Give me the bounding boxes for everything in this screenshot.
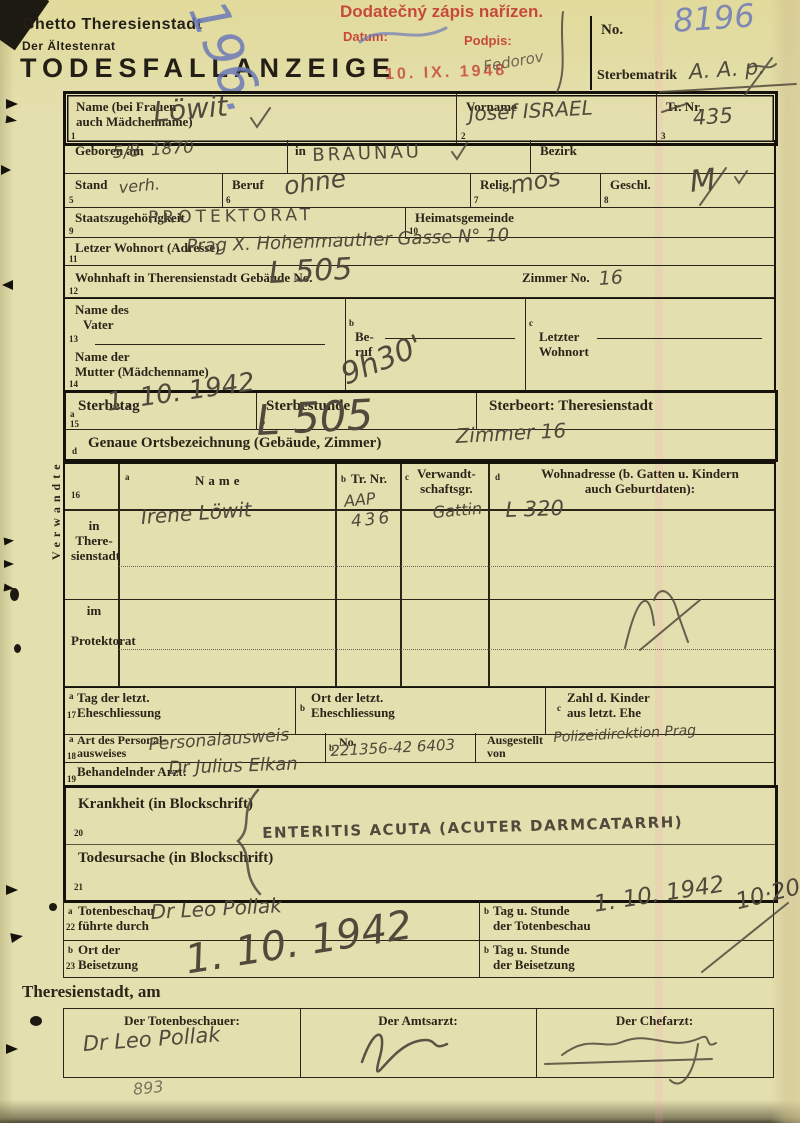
field-letter: a [69, 734, 74, 744]
no-value: 8196 [672, 0, 756, 40]
parents-wohnort-col: c LetzterWohnort [525, 298, 774, 391]
margin-mark [4, 583, 15, 592]
beisetz-a2: Beisetzung [78, 957, 138, 972]
bottom-pencil-note: 893 [132, 1077, 164, 1099]
relative-trnr-code: AAP [343, 489, 376, 511]
ehe-b1: Ort der letzt. [311, 690, 383, 705]
beisetzung-row: Ort derBeisetzung b 23 Tag u. Stundeder … [63, 940, 774, 978]
ehe-a2: Eheschliessung [77, 705, 161, 720]
in-label: in [287, 140, 306, 159]
no-box-divider [590, 16, 592, 90]
margin-mark [6, 885, 18, 895]
field-number: 19 [67, 774, 76, 784]
sterbematrik-value: A. A. p. [688, 55, 766, 84]
field-number: 18 [67, 751, 76, 761]
field-number: 20 [74, 828, 83, 838]
no-label: No. [601, 22, 623, 39]
ausweis-a2: ausweises [77, 746, 126, 760]
ortsbezeichnung-cell: Genaue Ortsbezeichnung (Gebäude, Zimmer)… [66, 429, 775, 460]
field-letter: b [300, 703, 305, 713]
field-number: 13 [69, 334, 78, 344]
ehe-c1: Zahl d. Kinder [567, 690, 650, 705]
vater-label2: Vater [75, 317, 114, 332]
margin-mark [10, 931, 24, 943]
field-number: 15 [70, 419, 79, 429]
margin-mark [4, 560, 14, 568]
field-number: 8 [604, 195, 609, 205]
beruf-label: Beruf [222, 173, 264, 193]
relatives-side-label: Verwandte [50, 459, 64, 560]
field-number: 7 [474, 195, 479, 205]
beruf2-label1: Be- [355, 329, 374, 344]
beschau-b2: der Totenbeschau [493, 918, 591, 933]
gebaeude-value: L 505 [268, 252, 353, 291]
name-value: Löwit [152, 90, 229, 129]
staat-value: PROTEKTORAT [148, 205, 314, 228]
geschl-cell: Geschl. 8 [600, 173, 774, 207]
scan-artifact [14, 644, 21, 653]
sterbematrik-label: Sterbematrik [597, 68, 677, 84]
col-adr1: Wohnadresse (b. Gatten u. Kindern [541, 466, 739, 481]
scan-artifact [30, 1016, 42, 1026]
geburtsort-value: BRAUNAU [312, 141, 422, 166]
beisetz-b2: der Beisetzung [493, 957, 575, 972]
field-number: 5 [69, 195, 74, 205]
amtsarzt-cell: Der Amtsarzt: [300, 1009, 537, 1077]
stamp-datum-label: Datum: [343, 29, 388, 44]
stand-value: verh. [118, 174, 161, 197]
stamp-podpis-label: Podpis: [464, 33, 512, 48]
col-verw2: schaftsgr. [420, 481, 473, 496]
col-letter: b [341, 474, 346, 484]
heimat-label: Heimatsgemeinde [405, 207, 514, 226]
sterbeort-label: Sterbeort: Theresienstadt [477, 393, 653, 415]
col-letter: c [405, 472, 409, 482]
field-letter: b [68, 945, 73, 955]
bezirk-cell: Bezirk [530, 140, 774, 173]
beschau-a2: führte durch [78, 918, 149, 933]
field-number: 6 [226, 195, 231, 205]
ehe-c2: aus letzt. Ehe [567, 705, 641, 720]
stamp-signature: Fedorov [482, 47, 545, 75]
chefarzt-cell: Der Chefarzt: [536, 1009, 773, 1077]
name-cell: Name (bei Frauenauch Mädchenname) 1 [66, 94, 457, 143]
ehe-ort-cell: Ort der letzt.Eheschliessung b [295, 687, 546, 734]
stand-label: Stand [65, 173, 108, 193]
letztwohn-label1: Letzter [539, 329, 579, 344]
field-letter: d [72, 446, 77, 456]
col-verw1: Verwandt- [417, 466, 476, 481]
field-number: 23 [66, 961, 75, 971]
field-number: 22 [66, 922, 75, 932]
col-letter: a [125, 472, 130, 482]
zimmer-label: Zimmer No. [522, 271, 590, 286]
ehe-b2: Eheschliessung [311, 705, 395, 720]
scan-artifact [49, 903, 57, 911]
col-adr2: auch Geburtdaten): [585, 481, 695, 496]
margin-mark [4, 536, 15, 545]
place-date-line: Theresienstadt, am [22, 982, 161, 1002]
geschl-value: M [688, 162, 717, 200]
zimmer-value: 16 [598, 266, 624, 290]
row-label-theresienstadt: in There-sienstadt [71, 519, 117, 564]
ausweis-ag2: von [487, 746, 506, 760]
field-number: 12 [69, 286, 78, 296]
field-number: 11 [69, 254, 78, 264]
amtsarzt-label: Der Amtsarzt: [300, 1009, 536, 1029]
field-letter: b [484, 906, 489, 916]
trnr-value: 435 [692, 103, 734, 130]
beisetzung-zeit-cell: Tag u. Stundeder Beisetzung b [479, 940, 773, 977]
field-letter: a [70, 409, 75, 419]
col-trnr: Tr. Nr. [351, 472, 387, 487]
field-number: 9 [69, 226, 74, 236]
field-letter: a [68, 906, 73, 916]
death-notice-form: Ghetto Theresienstadt Der Ältestenrat TO… [0, 0, 800, 1123]
bezirk-label: Bezirk [530, 140, 577, 159]
col-name: Name [195, 474, 244, 489]
field-number: 17 [67, 710, 76, 720]
org-subtitle: Der Ältestenrat [22, 39, 116, 53]
todesursache-label: Todesursache (in Blockschrift) [78, 850, 273, 867]
relig-label: Relig. [470, 173, 512, 193]
beschau-b1: Tag u. Stunde [493, 903, 569, 918]
field-letter: b [484, 945, 489, 955]
ortsbez-value1: L 505 [255, 390, 374, 445]
margin-mark [6, 99, 18, 109]
field-letter: b [349, 318, 354, 328]
margin-mark [2, 280, 13, 290]
beisetz-a1: Ort der [78, 942, 120, 957]
additional-entry-stamp: Dodatečný zápis nařízen. [340, 2, 543, 22]
krankheit-label: Krankheit (in Blockschrift) [78, 796, 253, 813]
field-number: 16 [71, 490, 80, 500]
vater-label1: Name des [75, 302, 129, 317]
margin-mark [1, 165, 11, 175]
field-letter: c [529, 318, 533, 328]
chefarzt-label: Der Chefarzt: [536, 1009, 773, 1029]
row-label-protektorat: imProtektorat [71, 604, 117, 649]
field-number: 21 [74, 882, 83, 892]
geschl-label: Geschl. [600, 173, 651, 193]
mutter-label1: Name der [75, 349, 130, 364]
margin-mark [6, 1044, 18, 1054]
field-letter: c [557, 703, 561, 713]
col-letter: d [495, 472, 500, 482]
field-letter: a [69, 691, 74, 701]
ehe-a1: Tag der letzt. [77, 690, 150, 705]
field-number: 14 [69, 379, 78, 389]
org-name: Ghetto Theresienstadt [22, 16, 202, 34]
relatives-table: 16 a Name b Tr. Nr. c Verwandt-schaftsgr… [63, 460, 776, 688]
beschau-a1: Totenbeschau [78, 903, 154, 918]
beisetz-b1: Tag u. Stunde [493, 942, 569, 957]
ausweis-ag1: Ausgestellt [487, 733, 543, 747]
wohnhaft-cell: Wohnhaft in Therensienstadt Gebäude No. … [65, 265, 774, 297]
letztwohn-label2: Wohnort [539, 344, 589, 359]
margin-mark [5, 115, 17, 124]
relative-address: L 320 [505, 496, 564, 522]
